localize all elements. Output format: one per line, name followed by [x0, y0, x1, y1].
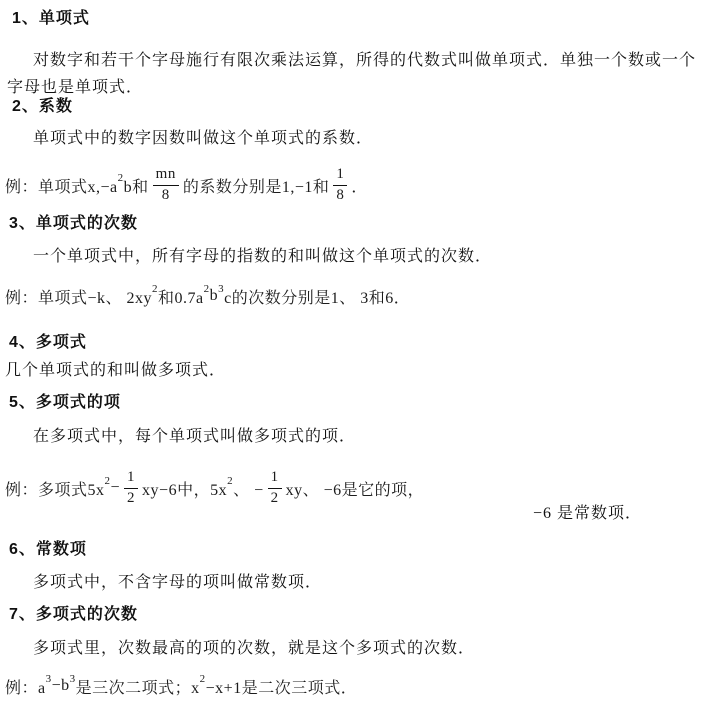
- fraction-numerator: 1: [124, 468, 138, 489]
- math-run: 例：a: [5, 675, 46, 698]
- section-6-body: 多项式中，不含字母的项叫做常数项．: [33, 573, 322, 593]
- section-1-body: 对数字和若干个字母施行有限次乘法运算，所得的代数式叫做单项式．单独一个数或一个字…: [7, 47, 699, 101]
- math-run: 是三次二项式；x: [76, 675, 200, 698]
- math-run: 例：多项式5x: [5, 477, 105, 500]
- superscript: 2: [105, 475, 111, 487]
- math-run: 的系数分别是1,−1和: [183, 174, 330, 197]
- superscript: 2: [204, 283, 210, 295]
- superscript: 2: [152, 283, 158, 295]
- math-run: xy−6中，5x: [142, 477, 227, 500]
- fraction-numerator: 1: [333, 165, 347, 186]
- section-2-body: 单项式中的数字因数叫做这个单项式的系数．: [33, 129, 373, 149]
- constant-term-note: −6 是常数项．: [533, 500, 642, 523]
- section-3-heading: 3、单项式的次数: [9, 214, 138, 234]
- math-run: b和: [124, 174, 149, 197]
- section-7-example-formula: 例：a 3 −b 3 是三次二项式；x 2 −x+1是二次三项式．: [5, 672, 357, 700]
- superscript: 3: [70, 673, 76, 685]
- math-run: 和0.7a: [158, 285, 204, 308]
- superscript: 2: [200, 673, 206, 685]
- fraction-numerator: 1: [268, 468, 282, 489]
- math-run: b: [210, 287, 219, 305]
- section-4-body: 几个单项式的和叫做多项式．: [5, 361, 226, 381]
- superscript: 3: [218, 283, 224, 295]
- math-run: ．: [351, 174, 368, 197]
- fraction: mn 8: [153, 165, 179, 205]
- math-notes-document: 1、单项式 对数字和若干个字母施行有限次乘法运算，所得的代数式叫做单项式．单独一…: [0, 0, 703, 712]
- superscript: 2: [227, 475, 233, 487]
- fraction: 1 2: [268, 468, 282, 508]
- section-3-example-formula: 例：单项式−k、 2xy 2 和0.7a 2 b 3 c的次数分别是1、 3和6…: [5, 282, 410, 310]
- superscript: 3: [46, 673, 52, 685]
- section-5-example-formula: 例：多项式5x 2 − 1 2 xy−6中，5x 2 、 − 1 2 xy、 −…: [5, 463, 424, 513]
- math-run: 例：单项式x,−a: [5, 174, 118, 197]
- section-1-heading: 1、单项式: [12, 9, 90, 29]
- math-run: xy、 −6是它的项，: [286, 477, 425, 500]
- math-run: −b: [52, 677, 70, 695]
- section-6-heading: 6、常数项: [9, 540, 87, 560]
- fraction-denominator: 8: [333, 186, 347, 206]
- section-7-body: 多项式里，次数最高的项的次数，就是这个多项式的次数．: [33, 639, 475, 659]
- superscript: 2: [118, 172, 124, 184]
- fraction-numerator: mn: [153, 165, 179, 186]
- math-run: −: [111, 479, 121, 497]
- section-5-body: 在多项式中，每个单项式叫做多项式的项．: [33, 427, 356, 447]
- math-run: −x+1是二次三项式．: [206, 675, 358, 698]
- section-7-heading: 7、多项式的次数: [9, 605, 138, 625]
- section-2-heading: 2、系数: [12, 97, 73, 117]
- fraction-denominator: 2: [124, 489, 138, 509]
- math-run: c的次数分别是1、 3和6．: [224, 285, 410, 308]
- fraction-denominator: 8: [159, 186, 173, 206]
- fraction: 1 8: [333, 165, 347, 205]
- math-run: 、 −: [233, 477, 264, 500]
- section-3-body: 一个单项式中，所有字母的指数的和叫做这个单项式的次数．: [33, 247, 492, 267]
- math-run: 例：单项式−k、 2xy: [5, 285, 152, 308]
- section-5-heading: 5、多项式的项: [9, 393, 121, 413]
- fraction: 1 2: [124, 468, 138, 508]
- section-2-example-formula: 例：单项式x,−a 2 b和 mn 8 的系数分别是1,−1和 1 8 ．: [5, 161, 368, 209]
- section-4-heading: 4、多项式: [9, 333, 87, 353]
- fraction-denominator: 2: [268, 489, 282, 509]
